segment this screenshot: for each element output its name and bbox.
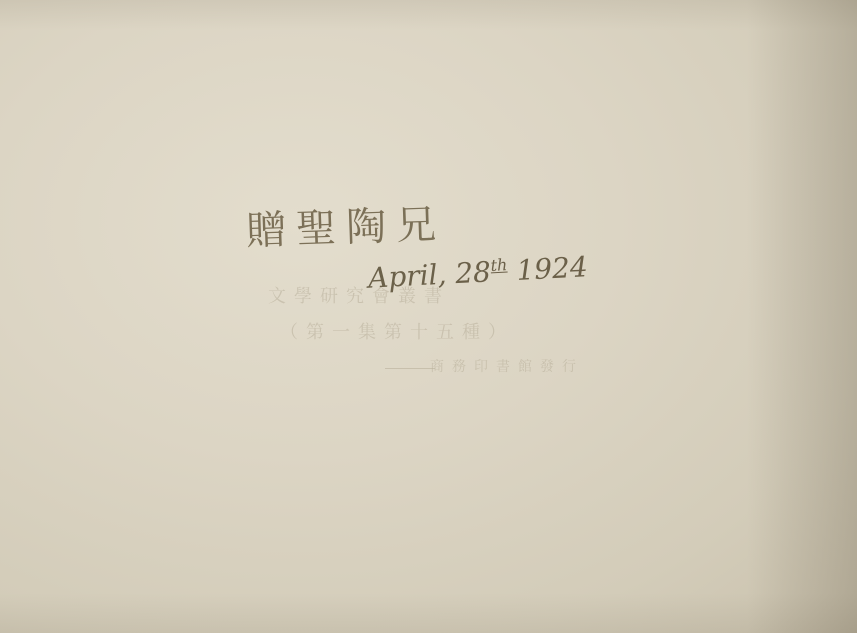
date-month-day: April, 28 bbox=[367, 255, 491, 294]
faded-print-line-3: 商務印書館發行 bbox=[430, 356, 584, 376]
paper-page bbox=[0, 0, 857, 633]
date-suffix: th bbox=[490, 255, 508, 275]
right-edge-shadow bbox=[747, 0, 857, 633]
date-year: 1924 bbox=[516, 250, 589, 287]
handwritten-dedication: 贈聖陶兄 bbox=[245, 193, 447, 257]
faded-print-rule bbox=[385, 368, 435, 369]
bottom-edge-shadow bbox=[0, 593, 857, 633]
top-edge-shadow bbox=[0, 0, 857, 30]
faded-print-line-2: （第一集第十五種） bbox=[280, 318, 514, 344]
